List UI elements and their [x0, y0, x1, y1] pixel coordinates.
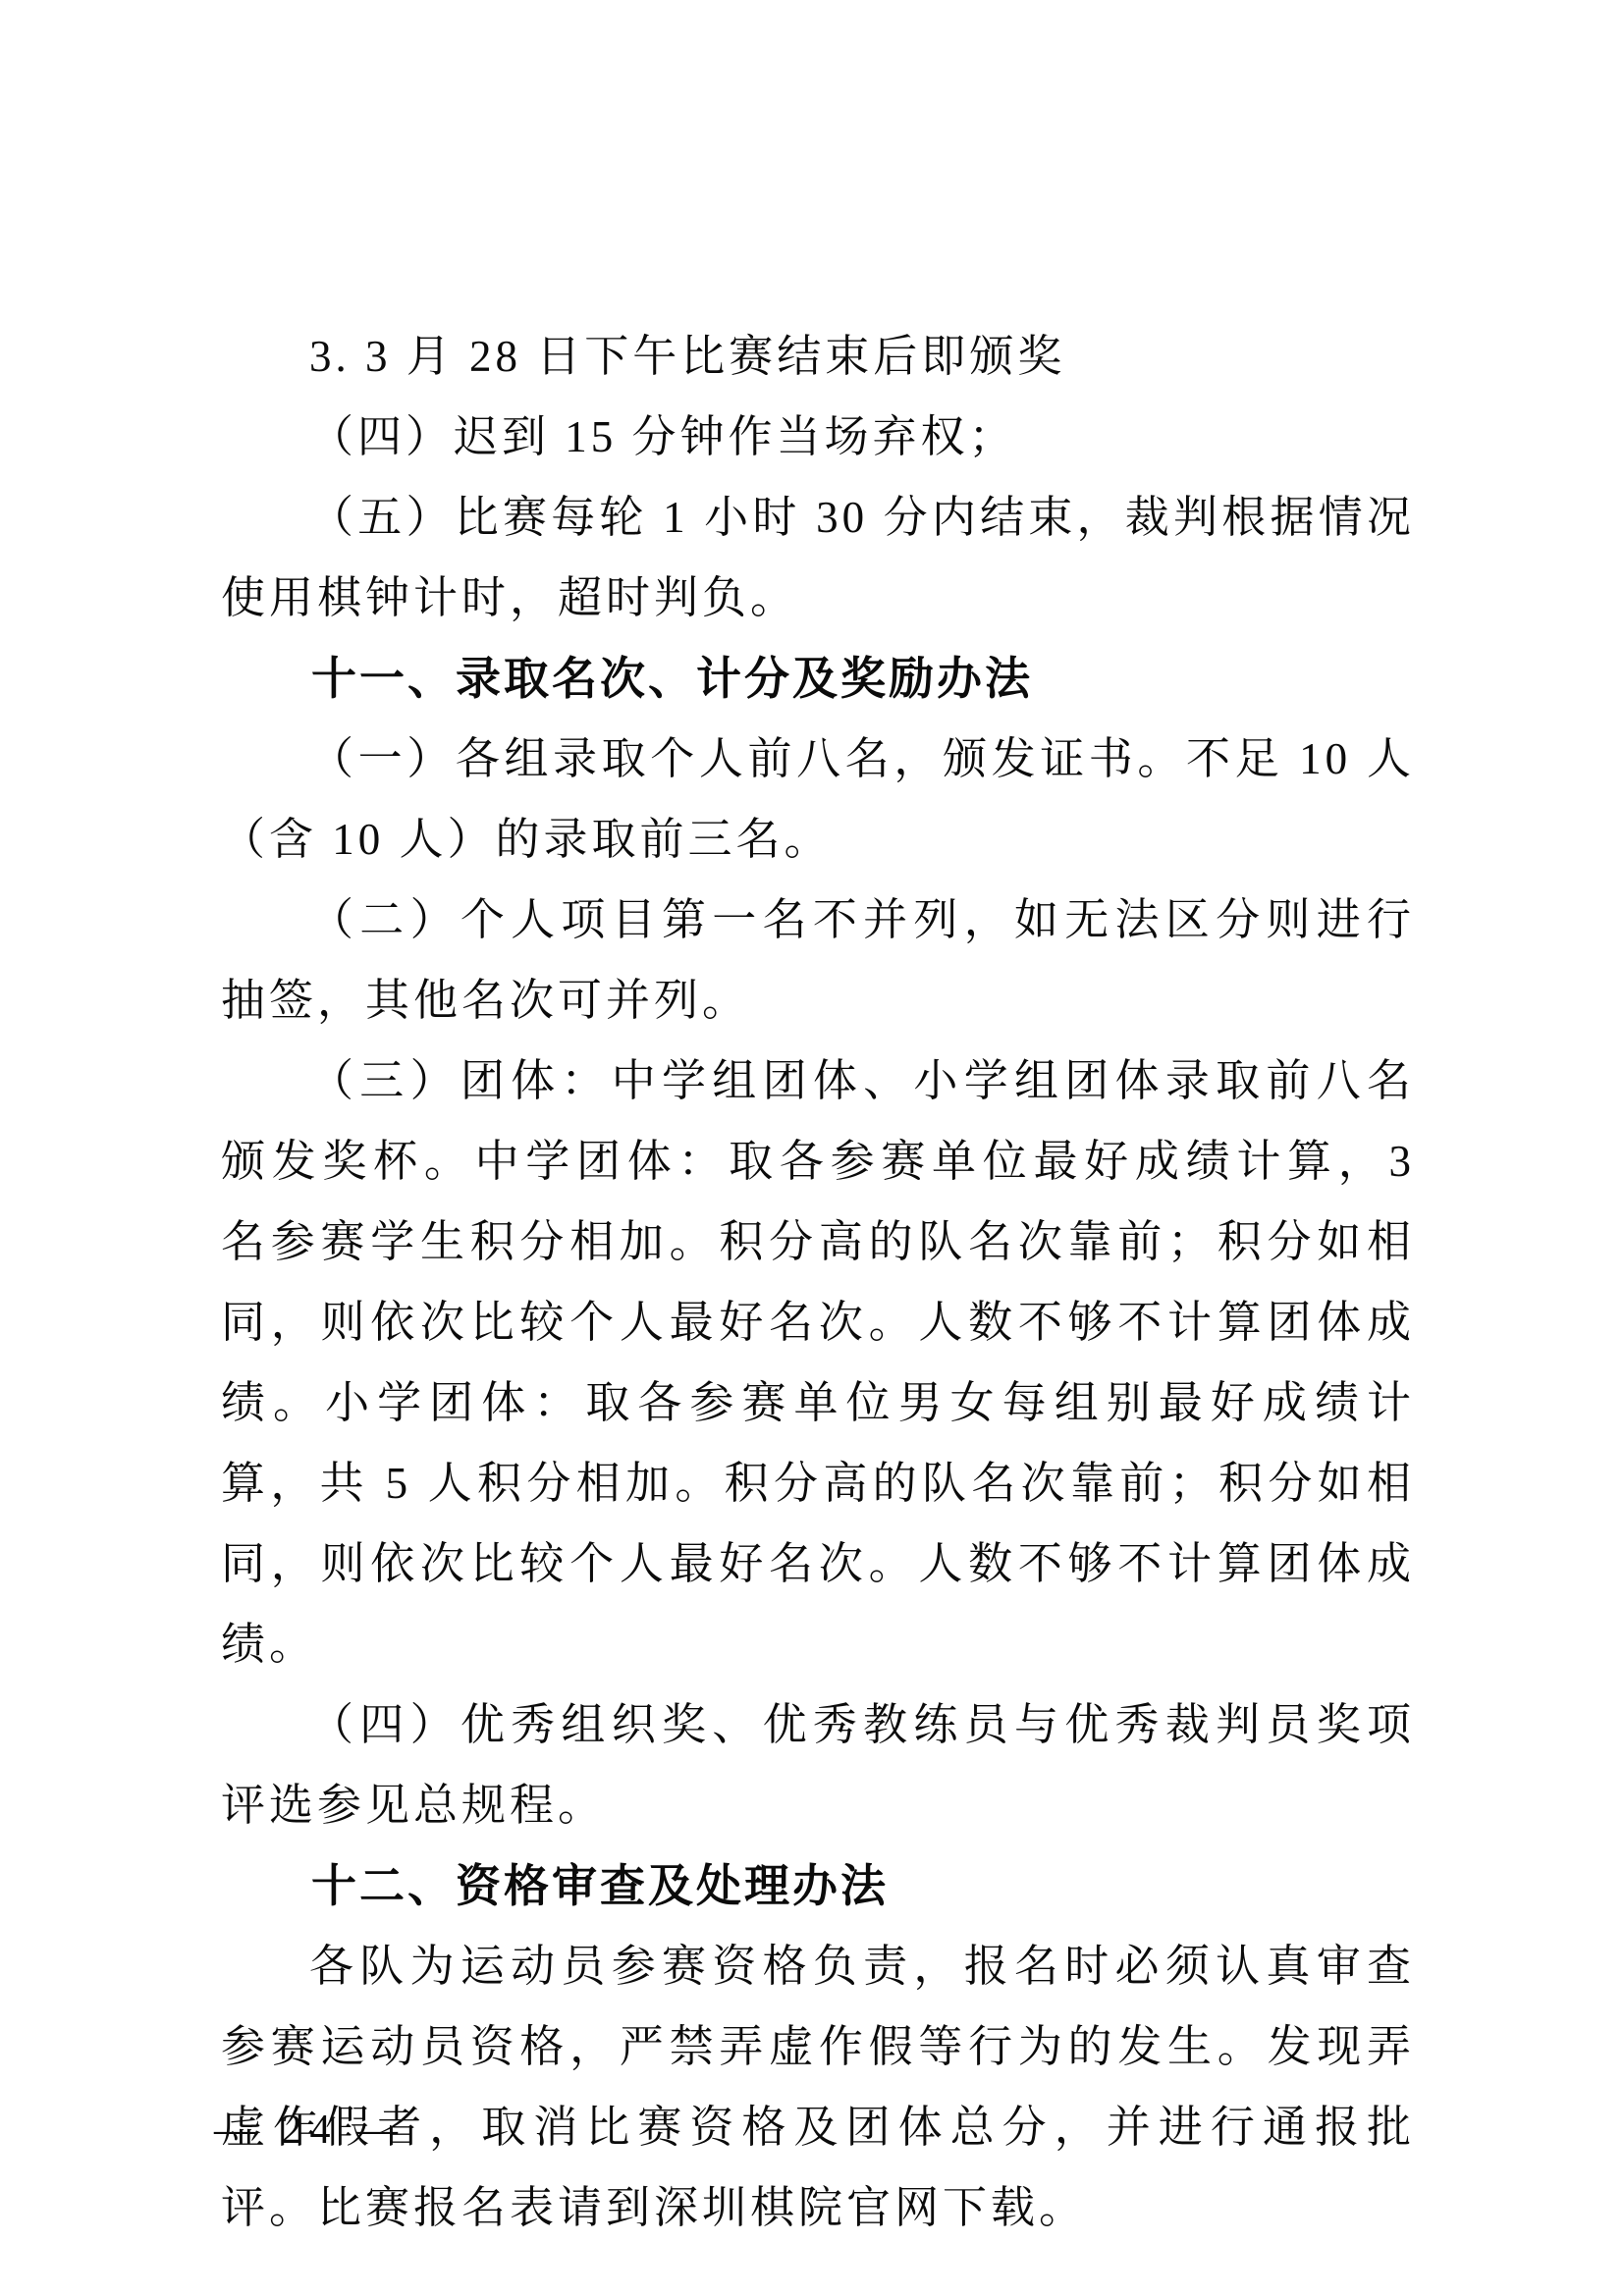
body-paragraph: （一）各组录取个人前八名，颁发证书。不足 10 人（含 10 人）的录取前三名。 — [221, 719, 1415, 880]
document-body: 3. 3 月 28 日下午比赛结束后即颁奖（四）迟到 15 分钟作当场弃权；（五… — [221, 316, 1415, 2248]
section-heading: 十一、录取名次、计分及奖励办法 — [221, 638, 1415, 719]
body-paragraph: （二）个人项目第一名不并列，如无法区分则进行抽签，其他名次可并列。 — [221, 880, 1415, 1041]
page-number: — 24 — — [214, 2107, 406, 2154]
body-paragraph: （四）优秀组织奖、优秀教练员与优秀裁判员奖项评选参见总规程。 — [221, 1684, 1415, 1845]
body-paragraph: 各队为运动员参赛资格负责，报名时必须认真审查参赛运动员资格，严禁弄虚作假等行为的… — [221, 1926, 1415, 2248]
section-heading: 十二、资格审查及处理办法 — [221, 1845, 1415, 1926]
body-paragraph: （五）比赛每轮 1 小时 30 分内结束，裁判根据情况使用棋钟计时，超时判负。 — [221, 477, 1415, 638]
body-paragraph: 3. 3 月 28 日下午比赛结束后即颁奖 — [221, 316, 1415, 397]
body-paragraph: （三）团体：中学组团体、小学组团体录取前八名颁发奖杯。中学团体：取各参赛单位最好… — [221, 1041, 1415, 1684]
document-page: 3. 3 月 28 日下午比赛结束后即颁奖（四）迟到 15 分钟作当场弃权；（五… — [0, 0, 1624, 2296]
body-paragraph: （四）迟到 15 分钟作当场弃权； — [221, 397, 1415, 477]
